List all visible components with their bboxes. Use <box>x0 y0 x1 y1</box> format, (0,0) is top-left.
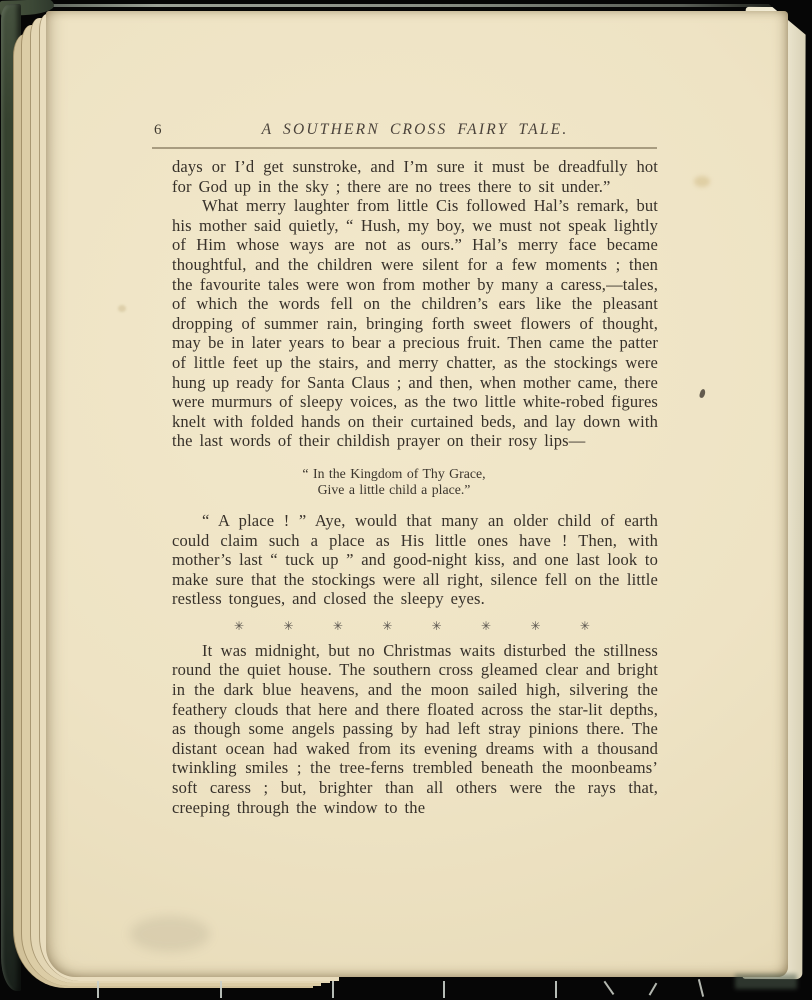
book-page: 6 A SOUTHERN CROSS FAIRY TALE. days or I… <box>46 11 788 977</box>
asterisk-ornament-icon: ✳ <box>382 618 392 635</box>
book-cover-top-edge <box>22 4 772 7</box>
paper-fiber <box>649 983 657 996</box>
asterisk-ornament-icon: ✳ <box>530 618 540 635</box>
scan-ruler-tick <box>97 981 99 998</box>
header-rule <box>152 147 657 149</box>
asterisk-ornament-icon: ✳ <box>432 618 442 635</box>
ink-speck <box>699 388 707 398</box>
paper-fiber <box>698 979 704 997</box>
smudge-stain <box>130 916 210 952</box>
section-divider: ✳ ✳ ✳ ✳ ✳ ✳ ✳ ✳ <box>172 618 656 635</box>
page-number: 6 <box>154 121 162 141</box>
paper-fiber <box>604 981 614 995</box>
frayed-page-edge <box>735 974 797 989</box>
paragraph: days or I’d get sunstroke, and I’m sure … <box>172 157 658 196</box>
foxing-stain <box>694 176 710 187</box>
paragraph: “ A place ! ” Aye, would that many an ol… <box>172 511 658 609</box>
asterisk-ornament-icon: ✳ <box>333 618 343 635</box>
verse-quote: “ In the Kingdom of Thy Grace, Give a li… <box>172 466 616 498</box>
scan-ruler-tick <box>332 981 334 998</box>
printed-text-area: 6 A SOUTHERN CROSS FAIRY TALE. days or I… <box>172 120 658 140</box>
scan-ruler-tick <box>555 981 557 998</box>
asterisk-ornament-icon: ✳ <box>481 618 491 635</box>
asterisk-ornament-icon: ✳ <box>234 618 244 635</box>
paragraph: It was midnight, but no Christmas waits … <box>172 641 658 817</box>
asterisk-ornament-icon: ✳ <box>580 618 590 635</box>
scan-ruler-tick <box>220 981 222 998</box>
scan-ruler-tick <box>443 981 445 998</box>
verse-line: “ In the Kingdom of Thy Grace, <box>172 466 616 482</box>
asterisk-ornament-icon: ✳ <box>283 618 293 635</box>
body-text: days or I’d get sunstroke, and I’m sure … <box>172 157 658 817</box>
paragraph: What merry laughter from little Cis foll… <box>172 196 658 451</box>
foxing-stain <box>118 305 126 312</box>
running-header-title: A SOUTHERN CROSS FAIRY TALE. <box>172 120 658 140</box>
verse-line: Give a little child a place.” <box>172 482 616 498</box>
